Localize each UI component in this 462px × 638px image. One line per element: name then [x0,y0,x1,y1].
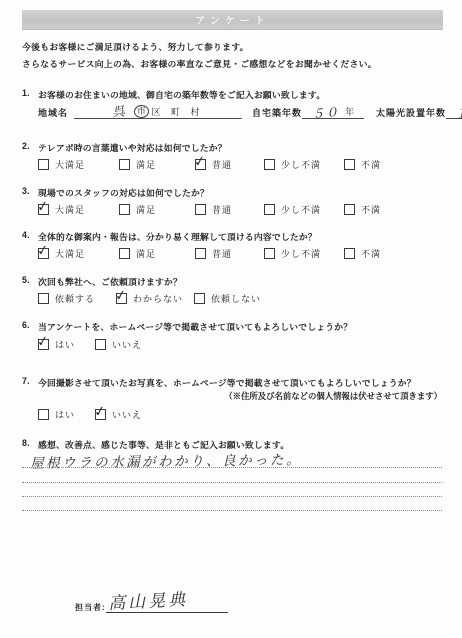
checkbox-q4-manzoku[interactable] [119,248,130,259]
signature-line: 高山晃典 [106,598,228,613]
q2-option-fuman: 不満 [344,158,381,171]
q4-option-manzoku: 満足 [119,247,195,260]
q3-option-fuman: 不満 [344,203,381,216]
checkbox-q6-hai[interactable] [38,339,49,350]
option-label: 依頼する [55,292,95,305]
question-1-fields: 地域名 呉 市 区 町 村 自宅築年数 ５０ 年 太陽光設置年数 １０ 年 [38,105,462,119]
checkbox-q4-fuman[interactable] [344,248,355,259]
city-circle-annotation: 市 [133,104,149,118]
checkbox-q7-hai[interactable] [38,409,49,420]
region-input-line[interactable]: 呉 市 区 町 村 [74,105,242,119]
question-6-options: はい いいえ [38,338,142,351]
question-1-number: 1. [22,88,38,101]
house-age-unit: 年 [345,105,354,118]
option-label: はい [55,338,75,351]
option-label: 少し不満 [281,158,321,171]
question-7-number: 7. [22,376,38,389]
checkbox-q7-iie[interactable] [95,409,106,420]
option-label: 少し不満 [281,203,321,216]
question-6-title: 6. 当アンケートを、ホームページ等で掲載させて頂いてもよろしいでしょうか？ [22,320,352,333]
intro-line-2: さらなるサービス向上の為、お客様の率直なご意見・ご感想などをお聞かせください。 [22,57,377,70]
option-label: 不満 [361,158,381,171]
q6-option-iie: いいえ [95,338,142,351]
question-5-options: 依頼する わからない 依頼しない [38,292,261,305]
region-unit-options: 区 町 村 [152,105,204,118]
question-6-text: 当アンケートを、ホームページ等で掲載させて頂いてもよろしいでしょうか？ [38,320,352,333]
question-4-title: 4. 全体的な御案内・報告は、分かり易く理解して頂ける内容でしたか？ [22,230,317,243]
question-7-privacy-note: （※住所及び名前などの個人情報は伏せさせて頂きます） [0,390,442,402]
question-5-text: 次回も弊社へ、ご依頼頂けますか？ [38,275,182,288]
checkbox-q4-sukoshi-fuman[interactable] [264,248,275,259]
q2-option-futsu: 普通 [195,158,264,171]
question-1-title: 1. お客様のお住まいの地域、御自宅の築年数等をご記入お願い致します。 [22,88,325,101]
question-3-title: 3. 現場でのスタッフの対応は如何でしたか？ [22,186,209,199]
option-label: 不満 [361,203,381,216]
checkbox-q5-irai-shinai[interactable] [194,293,205,304]
q4-option-futsu: 普通 [195,247,264,260]
option-label: 普通 [212,247,232,260]
checkbox-q2-fuman[interactable] [344,159,355,170]
checkbox-q4-daimanzoku[interactable] [38,248,49,259]
q4-option-daimanzoku: 大満足 [38,247,119,260]
staff-label: 担当者: [75,602,106,613]
handwritten-comment: 屋根ウラの水漏がわかり、良かった。 [30,448,302,472]
q2-option-manzoku: 満足 [119,158,195,171]
checkbox-q2-sukoshi-fuman[interactable] [264,159,275,170]
comment-line-1[interactable] [22,467,442,468]
checkbox-q2-manzoku[interactable] [119,159,130,170]
option-label: 依頼しない [211,292,261,305]
question-5-title: 5. 次回も弊社へ、ご依頼頂けますか？ [22,275,182,288]
question-2-text: テレアポ時の言葉遣いや対応は如何でしたか？ [38,141,227,154]
question-4-options: 大満足 満足 普通 少し不満 不満 [38,247,381,260]
intro-line-1: 今後もお客様にご満足頂けるよう、努力して参ります。 [22,40,249,53]
question-3-text: 現場でのスタッフの対応は如何でしたか？ [38,186,209,199]
checkbox-q3-sukoshi-fuman[interactable] [264,204,275,215]
option-label: 大満足 [55,247,85,260]
house-age-input-line[interactable]: ５０ 年 [302,105,364,119]
region-label: 地域名 [38,106,68,119]
q5-option-wakaranai: わからない [116,292,194,305]
q3-option-daimanzoku: 大満足 [38,203,119,216]
question-8-number: 8. [22,438,38,451]
checkbox-q3-futsu[interactable] [195,204,206,215]
option-label: 満足 [136,203,156,216]
option-label: 普通 [212,203,232,216]
option-label: 少し不満 [281,247,321,260]
q5-option-irai-suru: 依頼する [38,292,116,305]
option-label: 満足 [136,247,156,260]
question-3-options: 大満足 満足 普通 少し不満 不満 [38,203,381,216]
survey-form-scan: アンケート 今後もお客様にご満足頂けるよう、努力して参ります。 さらなるサービス… [0,0,462,638]
question-2-title: 2. テレアポ時の言葉遣いや対応は如何でしたか？ [22,141,227,154]
question-4-number: 4. [22,230,38,243]
question-5-number: 5. [22,275,38,288]
option-label: いいえ [112,408,142,421]
q2-option-daimanzoku: 大満足 [38,158,119,171]
form-title: アンケート [195,12,269,27]
form-title-bar: アンケート [22,10,443,30]
option-label: 大満足 [55,203,85,216]
q2-option-sukoshi-fuman: 少し不満 [264,158,344,171]
option-label: はい [55,408,75,421]
question-1-text: お客様のお住まいの地域、御自宅の築年数等をご記入お願い致します。 [38,88,325,101]
q4-option-sukoshi-fuman: 少し不満 [264,247,344,260]
checkbox-q2-daimanzoku[interactable] [38,159,49,170]
checkbox-q6-iie[interactable] [95,339,106,350]
staff-signature-handwritten: 高山晃典 [107,585,188,614]
option-label: いいえ [112,338,142,351]
question-7-text: 今回撮影させて頂いたお写真を、ホームページ等で掲載させて頂いてもよろしいでしょう… [38,376,416,389]
checkbox-q3-daimanzoku[interactable] [38,204,49,215]
comment-line-2[interactable] [22,482,442,483]
q3-option-futsu: 普通 [195,203,264,216]
question-7-options: はい いいえ [38,408,142,421]
q4-option-fuman: 不満 [344,247,381,260]
q5-option-irai-shinai: 依頼しない [194,292,261,305]
solar-years-input-line[interactable]: １０ 年 [446,105,462,119]
staff-signature-block: 担当者: 高山晃典 [75,598,228,613]
checkbox-q4-futsu[interactable] [195,248,206,259]
checkbox-q2-futsu[interactable] [195,159,206,170]
solar-years-label: 太陽光設置年数 [376,106,446,119]
q3-option-manzoku: 満足 [119,203,195,216]
q6-option-hai: はい [38,338,95,351]
question-7-title: 7. 今回撮影させて頂いたお写真を、ホームページ等で掲載させて頂いてもよろしいで… [22,376,416,389]
checkbox-q3-manzoku[interactable] [119,204,130,215]
question-4-text: 全体的な御案内・報告は、分かり易く理解して頂ける内容でしたか？ [38,230,317,243]
option-label: 大満足 [55,158,85,171]
question-3-number: 3. [22,186,38,199]
q3-option-sukoshi-fuman: 少し不満 [264,203,344,216]
checkbox-q3-fuman[interactable] [344,204,355,215]
option-label: 不満 [361,247,381,260]
question-2-number: 2. [22,141,38,154]
house-age-handwritten-value: ５０ [312,107,341,119]
checkbox-q5-wakaranai[interactable] [116,293,127,304]
option-label: 普通 [212,158,232,171]
house-age-label: 自宅築年数 [252,106,302,119]
question-2-options: 大満足 満足 普通 少し不満 不満 [38,158,381,171]
region-handwritten-value: 呉 [112,107,126,119]
q7-option-hai: はい [38,408,95,421]
option-label: わからない [133,292,183,305]
solar-years-handwritten-value: １０ [455,107,462,119]
checkbox-q5-irai-suru[interactable] [38,293,49,304]
comment-line-3[interactable] [22,496,442,497]
q7-option-iie: いいえ [95,408,142,421]
option-label: 満足 [136,158,156,171]
comment-line-4[interactable] [22,510,442,511]
question-6-number: 6. [22,320,38,333]
